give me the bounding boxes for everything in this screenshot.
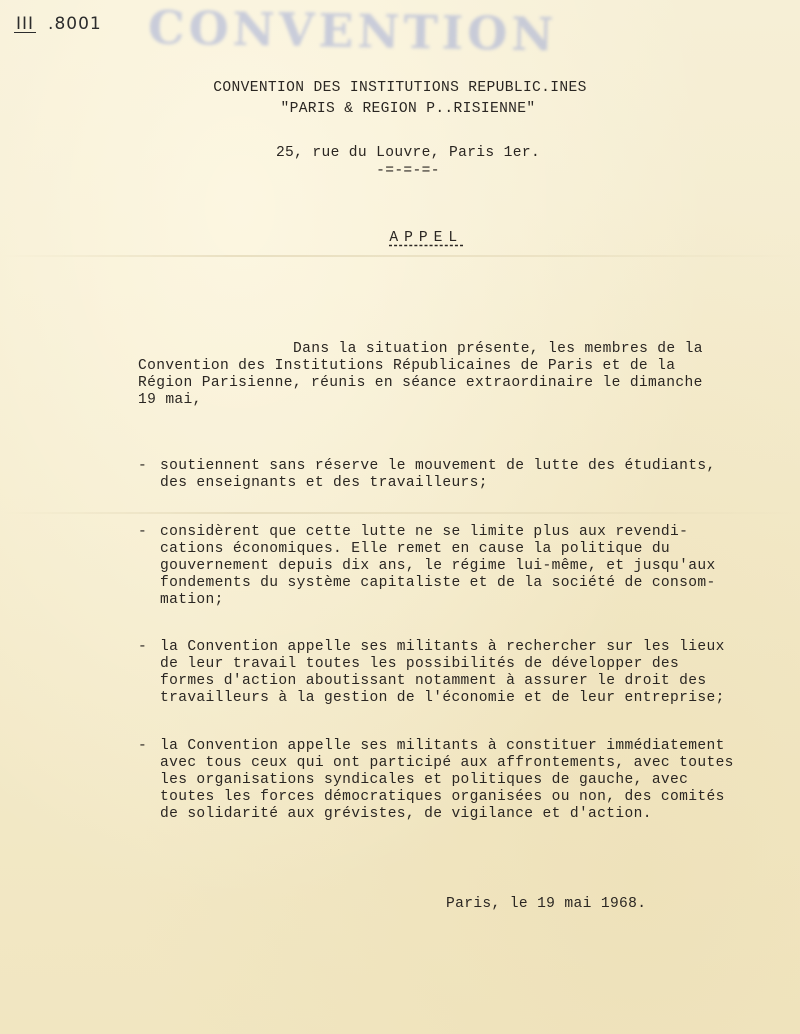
point-line: la Convention appelle ses militants à re…: [160, 639, 725, 656]
org-address: 25, rue du Louvre, Paris 1er.: [0, 145, 800, 162]
org-name: CONVENTION DES INSTITUTIONS REPUBLIC.INE…: [0, 80, 800, 97]
document-page: CONVENTION III.8001 CONVENTION DES INSTI…: [0, 0, 800, 1034]
point-line: de solidarité aux grévistes, de vigilanc…: [160, 806, 652, 823]
bullet-dash: -: [138, 639, 147, 656]
point-line: travailleurs à la gestion de l'économie …: [160, 690, 725, 707]
point-line: de leur travail toutes les possibilités …: [160, 656, 679, 673]
paper-fold: [0, 512, 800, 514]
point-line: soutiennent sans réserve le mouvement de…: [160, 458, 716, 475]
archive-mark: III.8001: [14, 14, 102, 34]
intro-line: 19 mai,: [138, 392, 202, 409]
bullet-dash: -: [138, 458, 147, 475]
bullet-dash: -: [138, 738, 147, 755]
intro-line: Dans la situation présente, les membres …: [293, 341, 703, 358]
bullet-dash: -: [138, 524, 147, 541]
point-line: les organisations syndicales et politiqu…: [160, 772, 688, 789]
point-line: gouvernement depuis dix ans, le régime l…: [160, 558, 716, 575]
point-line: formes d'action aboutissant notamment à …: [160, 673, 706, 690]
point-line: mation;: [160, 592, 224, 609]
intro-line: Région Parisienne, réunis en séance extr…: [138, 375, 703, 392]
point-line: la Convention appelle ses militants à co…: [160, 738, 725, 755]
org-region: "PARIS & REGION P..RISIENNE": [0, 101, 800, 118]
point-line: considèrent que cette lutte ne se limite…: [160, 524, 688, 541]
point-line: cations économiques. Elle remet en cause…: [160, 541, 670, 558]
point-line: des enseignants et des travailleurs;: [160, 475, 488, 492]
point-line: fondements du système capitaliste et de …: [160, 575, 716, 592]
blue-stamp: CONVENTION: [148, 0, 558, 61]
point-line: toutes les forces démocratiques organisé…: [160, 789, 725, 806]
point-line: avec tous ceux qui ont participé aux aff…: [160, 755, 734, 772]
place-date: Paris, le 19 mai 1968.: [446, 896, 646, 913]
document-title: APPEL: [0, 213, 800, 264]
archive-series: III: [14, 16, 36, 33]
intro-line: Convention des Institutions Républicaine…: [138, 358, 675, 375]
header-separator: -=-=-=-: [0, 163, 800, 180]
archive-number: .8001: [48, 14, 102, 34]
